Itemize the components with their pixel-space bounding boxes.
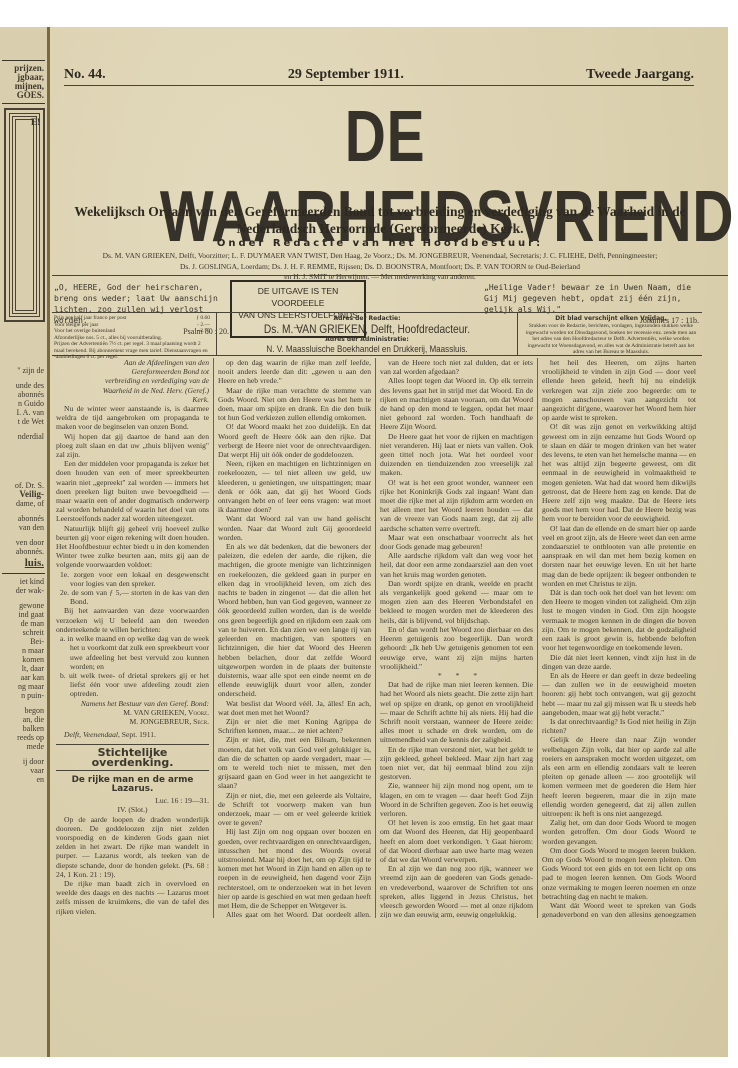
paragraph: Want dát Woord weet te spreken van Gods … [542, 901, 696, 918]
column-1: Aan de Afdeelingen van den Gereformeerde… [52, 358, 214, 918]
paragraph: O! wat is het een groot wonder, wanneer … [380, 478, 533, 533]
paragraph: Zijn er niet die met Koning Agrippa de S… [218, 717, 371, 735]
paragraph: Hij last Zijn om nog opgaan over boozen … [218, 827, 371, 910]
strip-fragment: lt, daar [0, 664, 47, 673]
condition-item: 1e. zorgen voor een lokaal en desgewensc… [56, 570, 209, 588]
divider [2, 573, 45, 574]
paragraph: Gelijk de Heere dan naar Zijn wonder wel… [542, 735, 696, 818]
column-2: op den dag waarin de rijke man zelf leef… [214, 358, 376, 918]
paragraph: O! laat dan de ellende en de smart hier … [542, 524, 696, 588]
quote-row: „O, HEERE, God der heirscharen, breng on… [52, 275, 728, 276]
strip-fragment: dame, of [0, 499, 47, 508]
strip-fragment: ven door [0, 538, 47, 547]
paragraph: En o! dan wordt het Woord zoo dierbaar e… [380, 625, 533, 671]
paragraph: Want dat Woord zal van uw hand geëischt … [218, 514, 371, 542]
strip-fragment: abonnés [0, 514, 47, 523]
paragraph: O! dít was zijn genot en verkwikking alt… [542, 422, 696, 523]
addressee: Aan de Afdeelingen van den Gereformeerde… [96, 358, 209, 404]
strip-fragment: ind gaat [0, 610, 47, 619]
paragraph: De rijke man baadt zich in overvloed en … [56, 879, 209, 916]
paragraph: En als de Heere er dan geeft in deze bed… [542, 671, 696, 717]
quote-text: „Heilige Vader! bewaar ze in Uwen Naam, … [484, 282, 699, 315]
issue-date: 29 September 1911. [288, 67, 404, 83]
editorial-line: Ds. M. VAN GRIEKEN, Delft, Voorzitter; L… [56, 251, 704, 262]
price-value: - 2.75 [197, 328, 210, 335]
column-4: het heil des Heeren, om zijns harten vro… [538, 358, 700, 918]
paragraph: het heil des Heeren, om zijns harten vro… [542, 358, 696, 422]
paragraph: En de rijke man verstond niet, wat het g… [380, 745, 533, 782]
strip-fragment: GOES. [0, 91, 47, 100]
article-columns: Aan de Afdeelingen van den Gereformeerde… [52, 358, 702, 918]
address-block: Adres der Redactie: Ds. M. VAN GRIEKEN, … [216, 313, 518, 355]
paragraph: Zalig het, om dan door Gods Woord te mog… [542, 818, 696, 846]
scripture-reference: Luc. 16 : 19—31. [56, 796, 209, 805]
adjacent-page-strip: prijzen. jgbaar, mijnen, GOES. E! " zijn… [0, 27, 50, 1057]
strip-fragment: n puin- [0, 691, 47, 700]
strip-fragment: iet kind [0, 577, 47, 586]
strip-fragment: abonnés [0, 390, 47, 399]
article-title: De rijke man en de arme Lazarus. [56, 776, 209, 794]
paragraph: Alles gaat om het Woord. Dat oordeelt al… [218, 910, 371, 918]
strip-fragment: n maar [0, 646, 47, 655]
strip-fragment: reeds op [0, 733, 47, 742]
frequency-label: Dit blad verschijnt elken Vrijdag. [522, 315, 700, 323]
paragraph: En al zijn we dan nog zoo rijk, wanneer … [380, 864, 533, 918]
redactie-name: Ds. M. VAN GRIEKEN, Delft, Hoofdredacteu… [240, 323, 495, 336]
paragraph: Maar wat een onschatbaar voorrecht als h… [380, 533, 533, 551]
paragraph: Alles loopt tegen dat Woord in. Op elk t… [380, 376, 533, 431]
price-label: Voor het overige buitenland [54, 328, 115, 335]
paragraph: De Heere gaat het voor de rijken en mach… [380, 432, 533, 478]
signature-intro: Namens het Bestuur van den Geref. Bond: [56, 699, 209, 708]
paragraph: Dát is dan toch ook het doel van het lev… [542, 588, 696, 652]
paragraph: Om door Gods Woord te mogen leeren bukke… [542, 846, 696, 901]
section-separator: * * * [380, 671, 533, 680]
strip-fragment: gewone [0, 601, 47, 610]
paragraph: Maar de rijke man verachtte de stemme va… [218, 386, 371, 423]
article-part: IV. (Slot.) [56, 805, 209, 814]
paragraph: Bij het aanvaarden van deze voorwaarden … [56, 606, 209, 634]
volume-label: Tweede Jaargang. [586, 67, 694, 83]
strip-fragment: vaar [0, 766, 47, 775]
strip-fragment: unde des [0, 381, 47, 390]
strip-fragment: " zijn de [0, 366, 47, 375]
administratie-label: Adres der Administratie: [217, 336, 517, 344]
notice-line: DE UITGAVE IS TEN VOORDEELE [236, 285, 360, 309]
paragraph: op den dag waarin de rijke man zelf leef… [218, 358, 371, 386]
dateline-date: Sept. 1911. [122, 730, 156, 739]
paragraph: O! het leven is zoo ernstig. En het gaat… [380, 818, 533, 864]
editorial-board: Ds. M. VAN GRIEKEN, Delft, Voorzitter; L… [56, 251, 704, 283]
strip-fragment: de man [0, 619, 47, 628]
newspaper-page: No. 44. 29 September 1911. Tweede Jaarga… [50, 27, 728, 1057]
paragraph: Op de aarde loopen de draden wonderlijk … [56, 815, 209, 879]
newspaper-subtitle: Wekelijksch Orgaan van den Gereformeerde… [56, 203, 704, 237]
paragraph: Die dát niet leert kennen, vindt zijn lu… [542, 653, 696, 671]
strip-fragment: ij door [0, 757, 47, 766]
strip-fragment: E! [6, 110, 43, 127]
strip-fragment: schreit [0, 628, 47, 637]
masthead-info-bar: No. 44. 29 September 1911. Tweede Jaarga… [64, 67, 694, 86]
paragraph: O! dat Woord maakt het zoo duidelijk. En… [218, 422, 371, 459]
paragraph: Wij hopen dat gij daartoe de hand aan de… [56, 432, 209, 460]
paragraph: Dat had de rijke man niet leeren kennen.… [380, 680, 533, 744]
paragraph: Dan wordt spijze en drank, weelde en pra… [380, 579, 533, 625]
paragraph: En van dat alles is den Heere niets onbe… [56, 916, 209, 918]
editorial-line: Ds. J. GOSLINGA, Loerdam; Ds. J. H. F. R… [56, 262, 704, 273]
column-3: van de Heere toch niet zal dulden, dat e… [376, 358, 538, 918]
frequency-block: Dit blad verschijnt elken Vrijdag. Stukk… [522, 315, 700, 356]
condition-item: 2e. de som van ƒ 5,— storten in de kas v… [56, 588, 209, 606]
administratie-name: N. V. Maassluische Boekhandel en Drukker… [240, 344, 495, 355]
subscription-prices: Prijs per half jaar franco per postƒ 0.6… [54, 315, 210, 361]
paragraph: Wat beslist dat Woord véél. Ja, álles! E… [218, 699, 371, 717]
dateline: Delft, Veenendaal, Sept. 1911. [56, 730, 209, 739]
strip-fragment: begon [0, 706, 47, 715]
strip-fragment: Bei- [0, 637, 47, 646]
strip-fragment: an, die [0, 715, 47, 724]
paragraph: Zie, wanneer hij zijn mond nog opent, om… [380, 781, 533, 818]
paragraph: van de Heere toch niet zal dulden, dat e… [380, 358, 533, 376]
advert-border-box: E! [4, 108, 45, 322]
subtitle-line: Wekelijksch Orgaan van den Gereformeerde… [56, 203, 704, 220]
divider [2, 103, 45, 104]
strip-fragment: I. A. van [0, 408, 47, 417]
strip-fragment: balken [0, 724, 47, 733]
paragraph: Natuurlijk blijft gij geheel vrij hoevee… [56, 524, 209, 570]
strip-fragment: nderdial [0, 432, 47, 441]
frequency-text: Stukken voor de Redactie, berichten, vor… [522, 323, 700, 356]
strip-fragment: Veilig- [0, 490, 47, 499]
strip-fragment: ng maar [0, 682, 47, 691]
strip-fragment: aar kan [0, 673, 47, 682]
strip-fragment: mede [0, 742, 47, 751]
paragraph: Een der middelen voor propaganda is zeke… [56, 459, 209, 523]
section-title: Stichtelijke overdenking. [56, 744, 209, 770]
paragraph: En als we dát bedenken, dat die bewoners… [218, 542, 371, 698]
option-item: b. uit welk twee- of drietal sprekers gi… [56, 671, 209, 699]
strip-fragment: van den [0, 523, 47, 532]
paragraph: Alle aardsche rijkdom valt dan weg voor … [380, 551, 533, 579]
editorial-line: en H. J. SMIT te Herwijnen. — Met medewe… [56, 272, 704, 283]
dateline-places: Delft, Veenendaal, [64, 730, 120, 739]
strip-fragment: luis. [0, 556, 47, 570]
strip-fragment: t de Wet [0, 417, 47, 426]
signature-name: M. JONGEBREUR, Secr. [56, 717, 209, 726]
strip-fragment: komen [0, 655, 47, 664]
issue-number: No. 44. [64, 67, 106, 83]
paragraph: Zijn er niet, die, met een Bileam, beken… [218, 735, 371, 790]
subtitle-line: Nederlandsch Hervormde (Gereformeerde) K… [56, 220, 704, 237]
divider [2, 60, 45, 61]
paragraph: Neen, rijken en machtigen en lichtzinnig… [218, 459, 371, 514]
strip-fragment: n Guido [0, 399, 47, 408]
paragraph: Nu de winter weer aanstaande is, is daar… [56, 404, 209, 432]
strip-fragment: en [0, 775, 47, 784]
editorial-heading: Onder Redactie van het Hoofdbestuur: [56, 238, 704, 249]
strip-fragment: der wak- [0, 586, 47, 595]
option-item: a. in welke maand en op welke dag van de… [56, 634, 209, 671]
paragraph: Is dat onrechtvaardig? Is God niet heili… [542, 717, 696, 735]
paragraph: Zijn er niet, die, met een geleerde als … [218, 791, 371, 828]
publication-info-row: Prijs per half jaar franco per postƒ 0.6… [52, 312, 702, 356]
signature-name: M. VAN GRIEKEN, Voorz. [56, 708, 209, 717]
strip-fragment: abonnés. [0, 547, 47, 556]
